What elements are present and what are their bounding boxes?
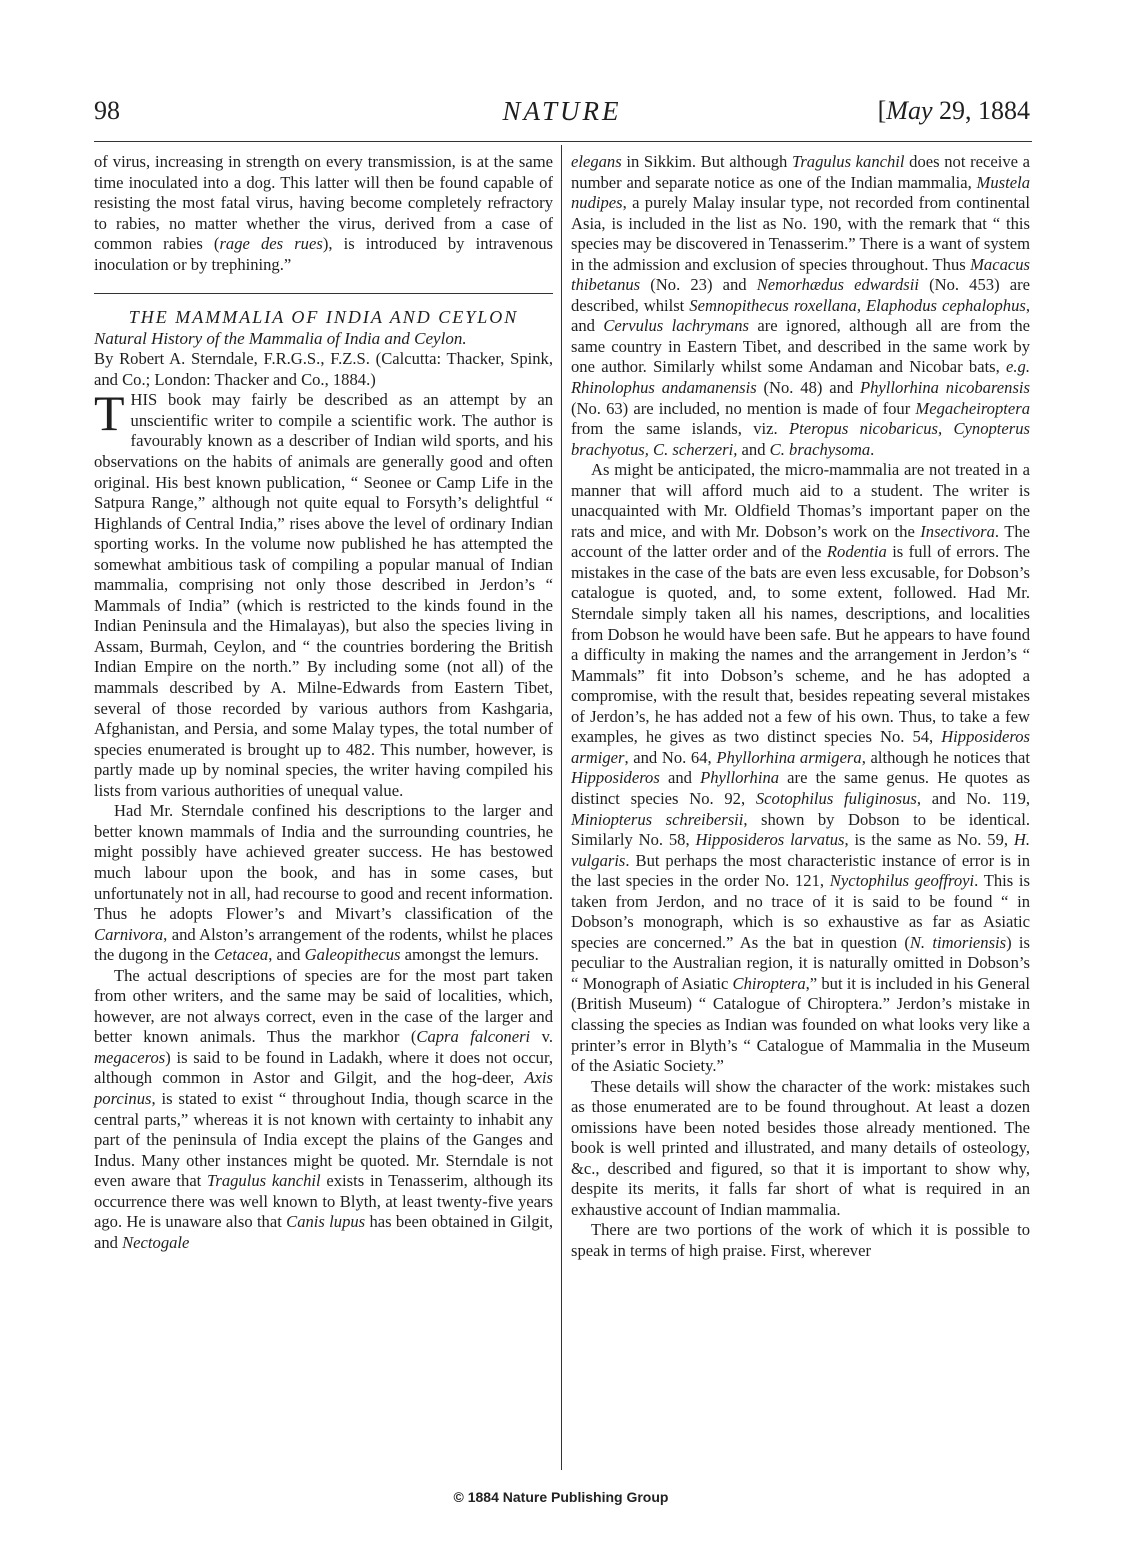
body-paragraph: elegans in Sikkim. But although Tragulus… <box>571 152 1030 460</box>
left-column: of virus, increasing in strength on ever… <box>94 152 553 1253</box>
journal-page: 98 NATURE [May 29, 1884 of virus, increa… <box>0 0 1122 1564</box>
book-title: Natural History of the Mammalia of India… <box>94 328 553 349</box>
body-paragraph: Had Mr. Sterndale confined his descripti… <box>94 801 553 965</box>
continued-paragraph: of virus, increasing in strength on ever… <box>94 152 553 275</box>
article-title: THE MAMMALIA OF INDIA AND CEYLON <box>94 306 553 328</box>
issue-date: [May 29, 1884 <box>878 96 1030 126</box>
header-rule <box>94 141 1032 142</box>
date-month: May <box>886 96 932 125</box>
right-column: elegans in Sikkim. But although Tragulus… <box>571 152 1030 1262</box>
drop-cap: T <box>94 393 125 433</box>
body-paragraph: THIS book may fairly be described as an … <box>94 390 553 801</box>
running-header: 98 NATURE [May 29, 1884 <box>94 96 1030 132</box>
section-rule <box>94 293 553 294</box>
date-bracket: [ <box>878 96 887 125</box>
body-paragraph: The actual descriptions of species are f… <box>94 966 553 1254</box>
book-reference: By Robert A. Sterndale, F.R.G.S., F.Z.S.… <box>94 349 553 390</box>
body-paragraph: These details will show the character of… <box>571 1077 1030 1221</box>
body-paragraph: As might be anticipated, the micro-mamma… <box>571 460 1030 1076</box>
date-day-year: 29, 1884 <box>933 96 1031 125</box>
copyright-footer: © 1884 Nature Publishing Group <box>0 1489 1122 1505</box>
column-divider <box>561 145 562 1470</box>
body-paragraph: There are two portions of the work of wh… <box>571 1220 1030 1261</box>
